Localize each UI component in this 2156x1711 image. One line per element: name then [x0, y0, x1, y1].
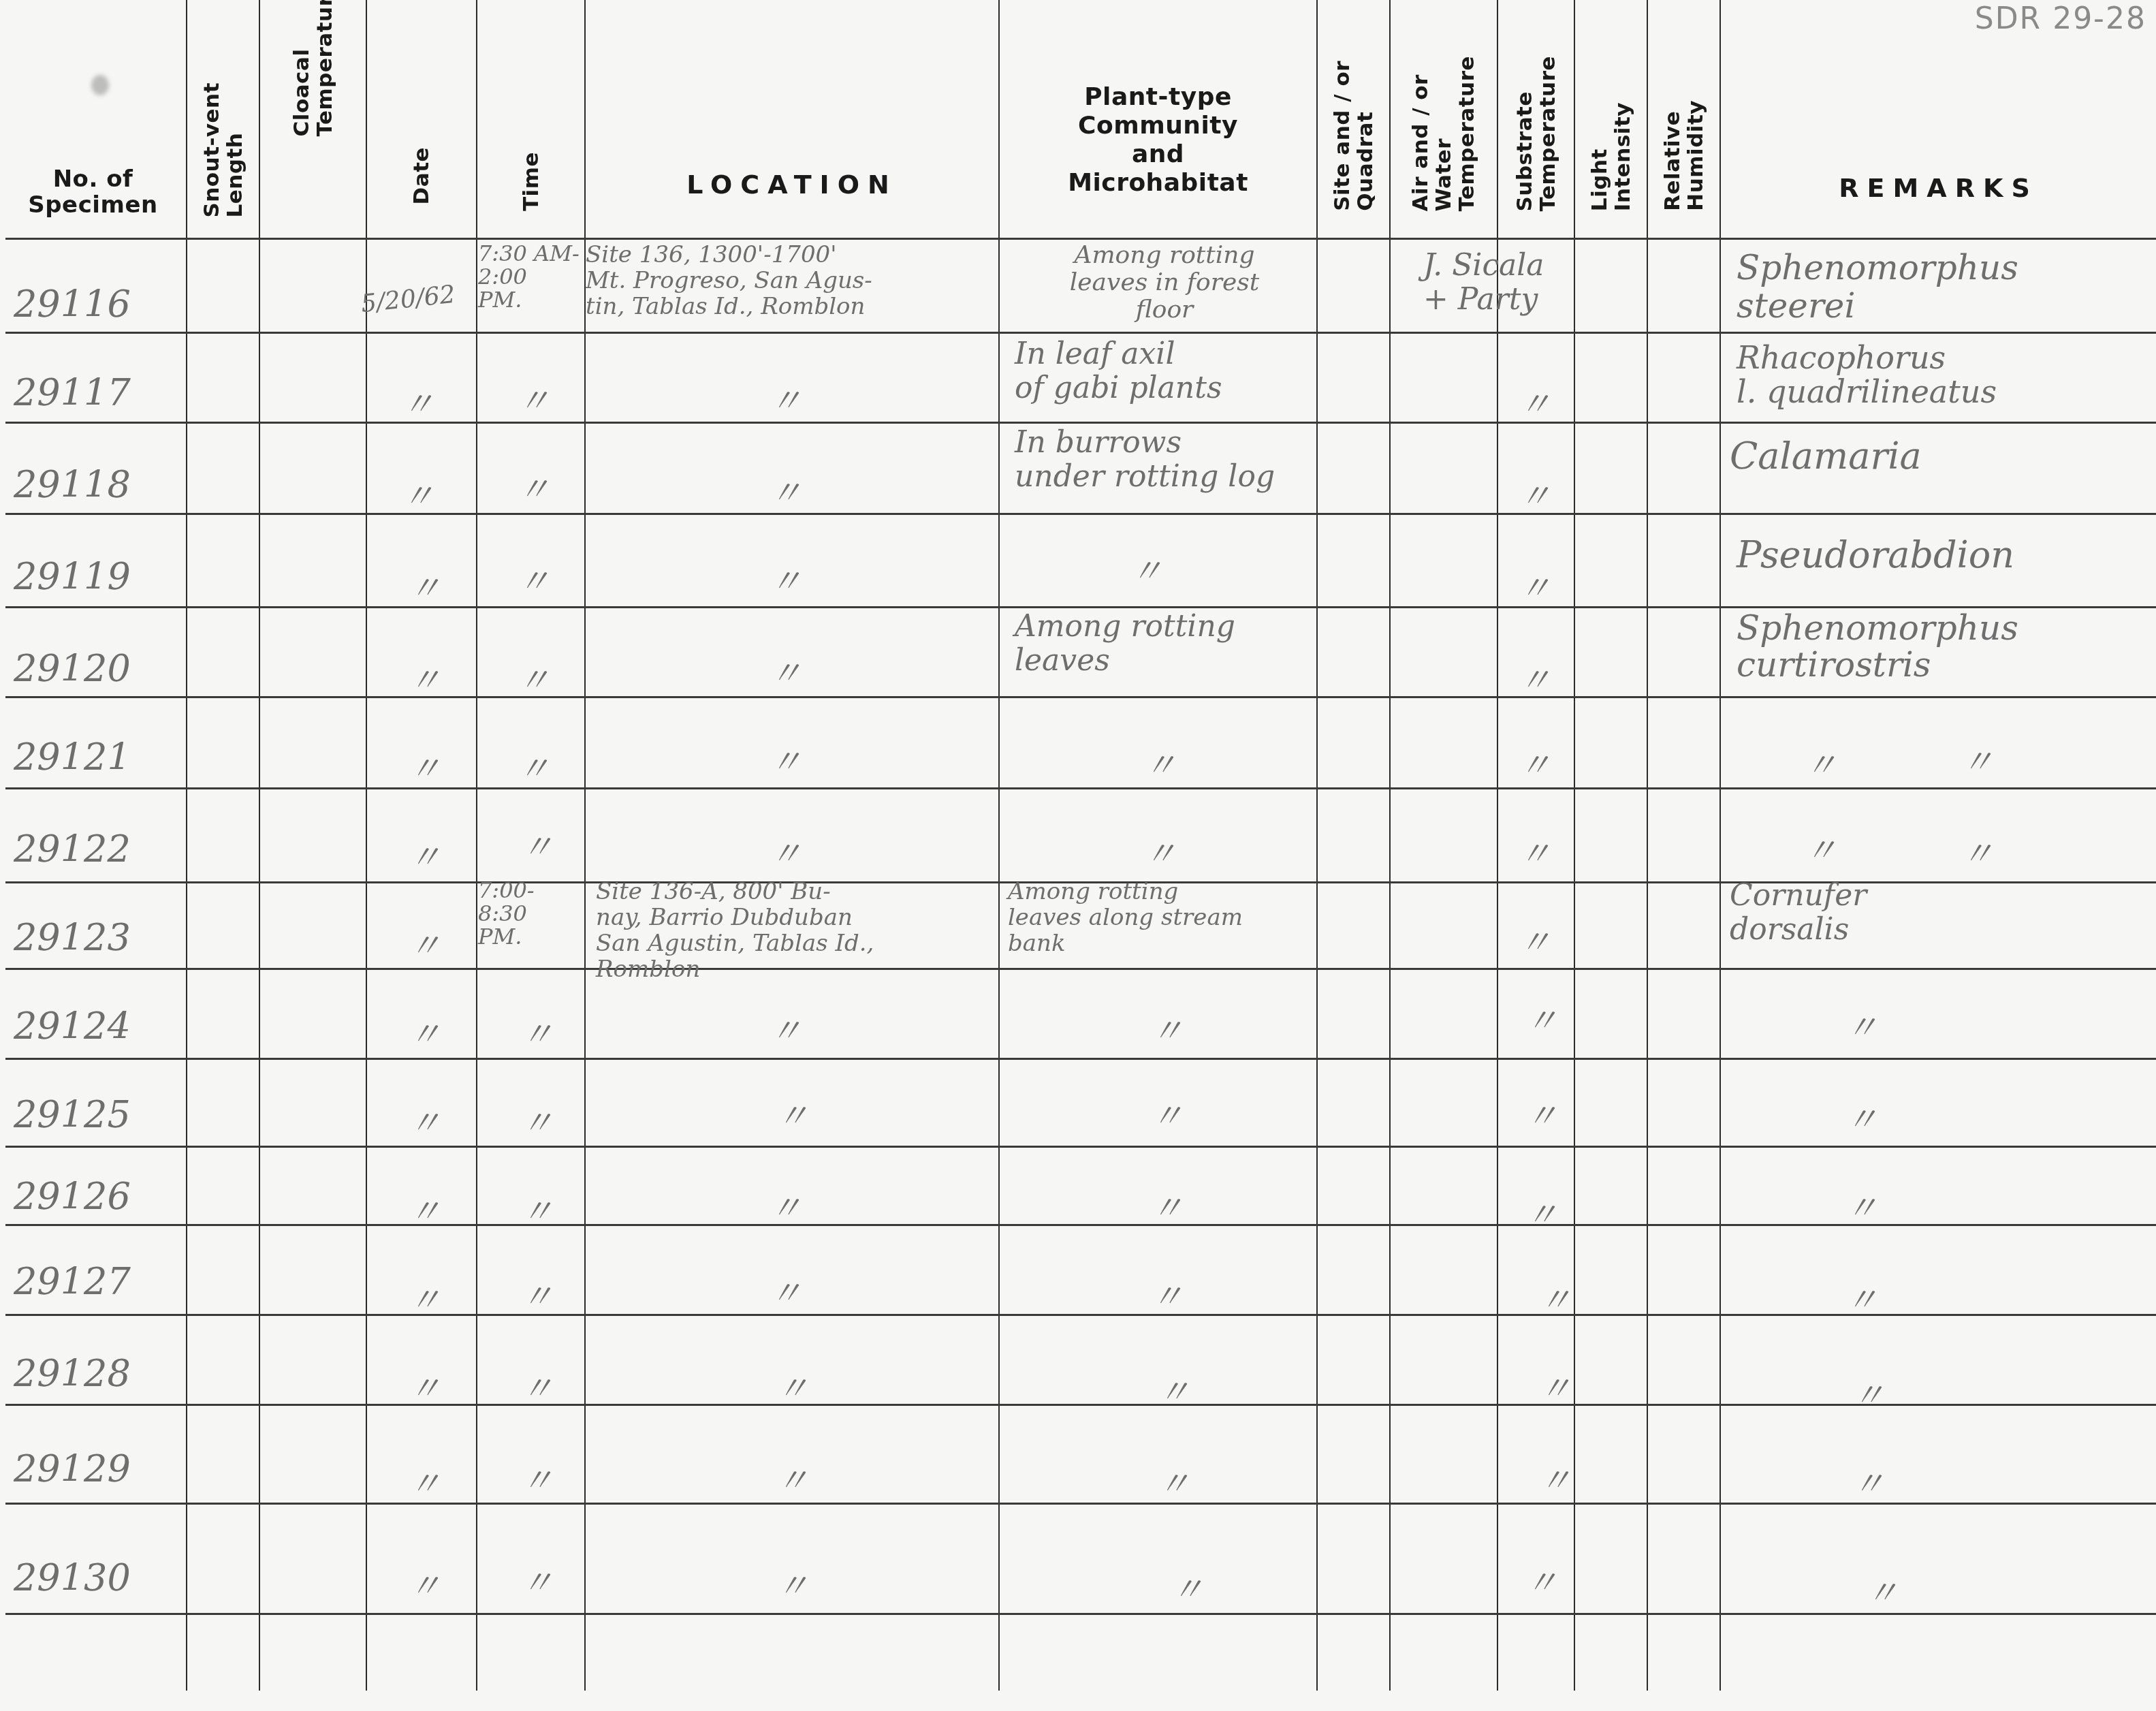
ditto-mark: 〃: [1961, 828, 1994, 875]
column-divider: [1647, 0, 1648, 1691]
date-entry: 5/20/62: [360, 281, 456, 318]
ditto-mark: 〃: [409, 1008, 441, 1055]
ditto-mark: 〃: [770, 1182, 802, 1229]
ditto-mark: 〃: [409, 1097, 441, 1144]
specimen-number: 29127: [14, 1260, 131, 1303]
ditto-mark: 〃: [776, 1560, 809, 1607]
ditto-mark: 〃: [409, 1362, 441, 1409]
header-location: LOCATION: [586, 0, 998, 238]
row-divider: [5, 968, 2156, 970]
ditto-mark: 〃: [409, 654, 441, 701]
time-entry: 7:00- 8:30 PM.: [478, 879, 535, 948]
ditto-mark: 〃: [770, 467, 802, 514]
row-divider: [5, 422, 2156, 424]
ditto-mark: 〃: [521, 1185, 554, 1232]
microhabitat-entry: In leaf axil of gabi plants: [1015, 337, 1222, 405]
time-entry: 7:30 AM- 2:00 PM.: [478, 242, 580, 311]
header-relative-humidity: Relative Humidity: [1648, 0, 1719, 238]
ditto-mark: 〃: [1519, 739, 1551, 786]
ditto-mark: 〃: [402, 378, 434, 425]
column-divider: [476, 0, 477, 1691]
ditto-mark: 〃: [1525, 1556, 1558, 1603]
column-divider: [1389, 0, 1391, 1691]
specimen-number: 29122: [14, 828, 131, 870]
column-divider: [366, 0, 367, 1691]
ditto-mark: 〃: [518, 375, 550, 422]
field-data-sheet: SDR 29-28 No. of Specimen Snout-vent Len…: [0, 0, 2156, 1711]
specimen-number: 29130: [14, 1556, 131, 1599]
remarks-entry: Rhacophorus l. quadrilineatus: [1737, 341, 1997, 409]
ditto-mark: 〃: [776, 1454, 809, 1501]
specimen-number: 29129: [14, 1447, 131, 1490]
ditto-mark: 〃: [409, 562, 441, 609]
specimen-number: 29117: [14, 371, 131, 414]
ditto-mark: 〃: [1539, 1274, 1572, 1321]
ditto-mark: 〃: [1845, 1274, 1878, 1321]
ditto-mark: 〃: [409, 742, 441, 789]
row-divider: [5, 1314, 2156, 1316]
location-entry: Site 136, 1300'-1700' Mt. Progreso, San …: [586, 242, 872, 319]
ditto-mark: 〃: [1158, 1366, 1190, 1413]
ditto-mark: 〃: [1151, 1005, 1184, 1052]
column-divider: [186, 0, 187, 1691]
collector-entry: J. Sicala + Party: [1423, 249, 1544, 317]
header-site-quadrat: Site and / or Quadrat: [1318, 0, 1389, 238]
ditto-mark: 〃: [770, 1005, 802, 1052]
remarks-entry: Sphenomorphus curtirostris: [1737, 610, 2018, 683]
microhabitat-entry: Among rotting leaves along stream bank: [1008, 879, 1243, 956]
column-divider: [1316, 0, 1318, 1691]
ditto-mark: 〃: [1805, 824, 1837, 871]
microhabitat-entry: In burrows under rotting log: [1015, 426, 1275, 494]
ditto-mark: 〃: [409, 1560, 441, 1607]
ditto-mark: 〃: [770, 375, 802, 422]
ditto-mark: 〃: [1525, 994, 1558, 1041]
ditto-mark: 〃: [518, 555, 550, 602]
header-plant-type: Plant-type Community and Microhabitat: [1000, 0, 1316, 238]
header-specimen: No. of Specimen: [0, 0, 186, 238]
ditto-mark: 〃: [521, 1270, 554, 1317]
ditto-mark: 〃: [776, 1362, 809, 1409]
specimen-number: 29124: [14, 1005, 131, 1048]
ditto-mark: 〃: [1845, 1093, 1878, 1140]
column-divider: [998, 0, 1000, 1691]
header-air-water-temperature: Air and / or Water Temperature: [1391, 0, 1497, 238]
ditto-mark: 〃: [409, 1458, 441, 1505]
ditto-mark: 〃: [1845, 1182, 1878, 1229]
header-date: Date: [367, 0, 476, 238]
ditto-mark: 〃: [518, 654, 550, 701]
column-divider: [259, 0, 260, 1691]
ditto-mark: 〃: [1519, 562, 1551, 609]
ditto-mark: 〃: [521, 1362, 554, 1409]
specimen-number: 29123: [14, 916, 131, 959]
ditto-mark: 〃: [1519, 916, 1551, 963]
ditto-mark: 〃: [521, 1454, 554, 1501]
remarks-entry: Calamaria: [1730, 439, 1922, 473]
ditto-mark: 〃: [1525, 1189, 1558, 1236]
microhabitat-entry: Among rotting leaves in forest floor: [1015, 242, 1314, 324]
ditto-mark: 〃: [1866, 1567, 1899, 1614]
ditto-mark: 〃: [1151, 1182, 1184, 1229]
column-divider: [1574, 0, 1575, 1691]
ditto-mark: 〃: [402, 470, 434, 517]
location-entry: Site 136-A, 800' Bu- nay, Barrio Dubduba…: [596, 879, 874, 982]
ditto-mark: 〃: [1539, 1454, 1572, 1501]
remarks-entry: Pseudorabdion: [1737, 538, 2014, 572]
specimen-number: 29118: [14, 463, 131, 506]
ditto-mark: 〃: [1151, 1270, 1184, 1317]
ditto-mark: 〃: [1961, 736, 1994, 783]
ditto-mark: 〃: [409, 1274, 441, 1321]
header-time: Time: [477, 0, 584, 238]
row-divider: [5, 696, 2156, 698]
ditto-mark: 〃: [1519, 378, 1551, 425]
ditto-mark: 〃: [1805, 739, 1837, 786]
specimen-number: 29128: [14, 1352, 131, 1395]
ditto-mark: 〃: [409, 831, 441, 878]
row-divider: [5, 1146, 2156, 1148]
ditto-mark: 〃: [1519, 654, 1551, 701]
specimen-number: 29119: [14, 555, 131, 598]
ditto-mark: 〃: [1525, 1090, 1558, 1137]
ditto-mark: 〃: [770, 828, 802, 875]
specimen-number: 29121: [14, 736, 131, 779]
ditto-mark: 〃: [1130, 545, 1163, 592]
specimen-number: 29116: [14, 283, 131, 326]
ditto-mark: 〃: [770, 1267, 802, 1314]
ditto-mark: 〃: [1519, 470, 1551, 517]
ditto-mark: 〃: [1519, 828, 1551, 875]
ditto-mark: 〃: [1171, 1563, 1204, 1610]
specimen-number: 29126: [14, 1175, 131, 1218]
remarks-entry: Sphenomorphus steerei: [1737, 249, 2018, 325]
header-cloacal-temperature: Cloacal Temperature: [260, 0, 366, 238]
header-light-intensity: Light Intensity: [1575, 0, 1647, 238]
header-snout-vent-length: Snout-vent Length: [187, 0, 259, 238]
ditto-mark: 〃: [521, 1008, 554, 1055]
ditto-mark: 〃: [521, 821, 554, 868]
specimen-number: 29125: [14, 1093, 131, 1136]
ditto-mark: 〃: [1539, 1362, 1572, 1409]
header-substrate-temperature: Substrate Temperature: [1498, 0, 1574, 238]
specimen-number: 29120: [14, 647, 131, 690]
ditto-mark: 〃: [518, 742, 550, 789]
row-divider: [5, 1613, 2156, 1615]
ditto-mark: 〃: [770, 555, 802, 602]
row-divider: [5, 1058, 2156, 1060]
ditto-mark: 〃: [1144, 739, 1177, 786]
ditto-mark: 〃: [409, 920, 441, 967]
ditto-mark: 〃: [770, 647, 802, 694]
row-divider: [5, 1224, 2156, 1226]
remarks-entry: Cornufer dorsalis: [1730, 879, 1867, 947]
row-divider: [5, 332, 2156, 334]
row-divider: [5, 513, 2156, 515]
ditto-mark: 〃: [521, 1097, 554, 1144]
ditto-mark: 〃: [1852, 1458, 1885, 1505]
row-divider: [5, 787, 2156, 789]
row-divider: [5, 1503, 2156, 1505]
ditto-mark: 〃: [521, 1556, 554, 1603]
ditto-mark: 〃: [1151, 1090, 1184, 1137]
ditto-mark: 〃: [1852, 1369, 1885, 1416]
column-divider: [1719, 0, 1721, 1691]
ditto-mark: 〃: [409, 1185, 441, 1232]
microhabitat-entry: Among rotting leaves: [1015, 610, 1235, 678]
ditto-mark: 〃: [776, 1090, 809, 1137]
ditto-mark: 〃: [1845, 1001, 1878, 1048]
ditto-mark: 〃: [518, 463, 550, 510]
row-divider: [5, 1404, 2156, 1406]
ditto-mark: 〃: [770, 736, 802, 783]
ditto-mark: 〃: [1144, 828, 1177, 875]
ditto-mark: 〃: [1158, 1458, 1190, 1505]
header-remarks: REMARKS: [1721, 0, 2156, 238]
